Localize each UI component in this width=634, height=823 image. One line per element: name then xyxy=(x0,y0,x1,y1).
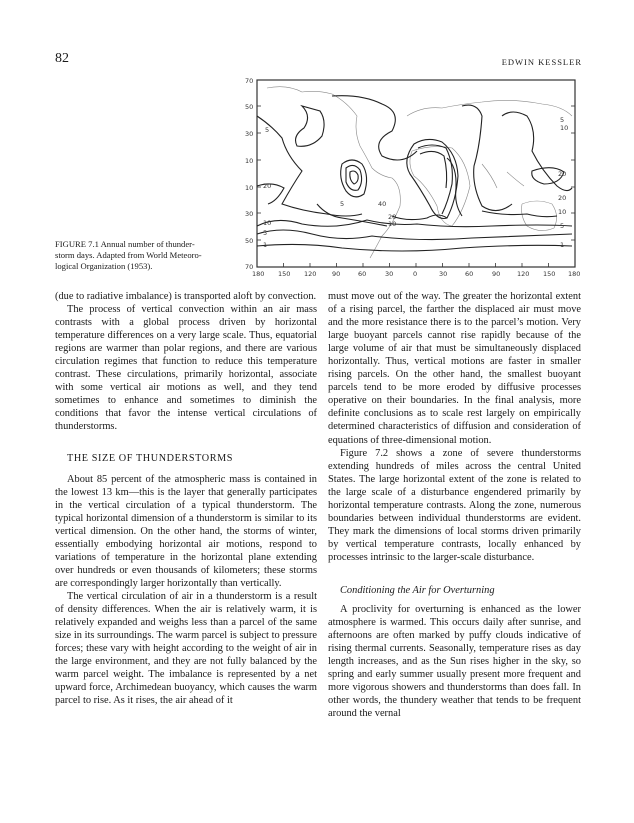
svg-text:5: 5 xyxy=(560,116,564,124)
section-heading: THE SIZE OF THUNDERSTORMS xyxy=(67,452,317,465)
y-tick-label: 10 xyxy=(245,184,253,192)
x-tick-label: 90 xyxy=(492,270,500,278)
paragraph: (due to radiative imbalance) is transpor… xyxy=(55,290,317,303)
svg-text:5: 5 xyxy=(265,126,269,134)
svg-text:5: 5 xyxy=(340,200,344,208)
caption-line: logical Organization (1953). xyxy=(55,261,215,272)
isolines xyxy=(257,96,572,251)
x-tick-label: 30 xyxy=(439,270,447,278)
paragraph: The process of vertical convection withi… xyxy=(55,303,317,433)
caption-line: FIGURE 7.1 Annual number of thunder- xyxy=(55,239,215,250)
svg-text:10: 10 xyxy=(263,219,271,227)
paragraph: Figure 7.2 shows a zone of severe thunde… xyxy=(328,447,581,564)
svg-text:20: 20 xyxy=(558,194,566,202)
page-number: 82 xyxy=(55,51,69,67)
x-tick-label: 60 xyxy=(465,270,473,278)
x-axis xyxy=(284,263,549,267)
svg-text:1: 1 xyxy=(560,241,564,249)
right-column: must move out of the way. The greater th… xyxy=(328,290,581,720)
y-tick-label: 10 xyxy=(245,157,253,165)
left-column: (due to radiative imbalance) is transpor… xyxy=(55,290,317,707)
paragraph: A proclivity for overturning is enhanced… xyxy=(328,603,581,720)
x-tick-label: 30 xyxy=(385,270,393,278)
figure-caption: FIGURE 7.1 Annual number of thunder- sto… xyxy=(55,239,215,272)
sub-heading: Conditioning the Air for Overturning xyxy=(340,584,581,597)
x-tick-label: 120 xyxy=(517,270,529,278)
y-tick-label: 50 xyxy=(245,103,253,111)
svg-text:10: 10 xyxy=(560,124,568,132)
x-tick-label: 120 xyxy=(304,270,316,278)
x-tick-label: 150 xyxy=(543,270,555,278)
x-tick-label: 0 xyxy=(413,270,417,278)
y-tick-label: 70 xyxy=(245,77,253,85)
x-tick-label: 90 xyxy=(332,270,340,278)
svg-text:20: 20 xyxy=(263,182,271,190)
x-tick-label: 60 xyxy=(358,270,366,278)
svg-text:1: 1 xyxy=(263,241,267,249)
caption-line: storm days. Adapted from World Meteoro- xyxy=(55,250,215,261)
svg-text:40: 40 xyxy=(378,200,386,208)
svg-text:5: 5 xyxy=(263,229,267,237)
paragraph: About 85 percent of the atmospheric mass… xyxy=(55,473,317,590)
x-tick-label: 150 xyxy=(278,270,290,278)
x-tick-label: 180 xyxy=(252,270,264,278)
svg-text:20: 20 xyxy=(558,170,566,178)
thunderstorm-days-map: 70 50 30 10 10 30 50 70 180 150 120 90 6… xyxy=(242,76,594,282)
svg-text:10: 10 xyxy=(558,208,566,216)
running-head: EDWIN KESSLER xyxy=(502,57,582,67)
y-tick-label: 50 xyxy=(245,237,253,245)
y-tick-label: 30 xyxy=(245,210,253,218)
paragraph: must move out of the way. The greater th… xyxy=(328,290,581,447)
x-tick-label: 180 xyxy=(568,270,580,278)
coastlines xyxy=(267,87,572,258)
y-tick-label: 30 xyxy=(245,130,253,138)
svg-text:10: 10 xyxy=(388,220,396,228)
svg-text:5: 5 xyxy=(560,222,564,230)
paragraph: The vertical circulation of air in a thu… xyxy=(55,590,317,707)
